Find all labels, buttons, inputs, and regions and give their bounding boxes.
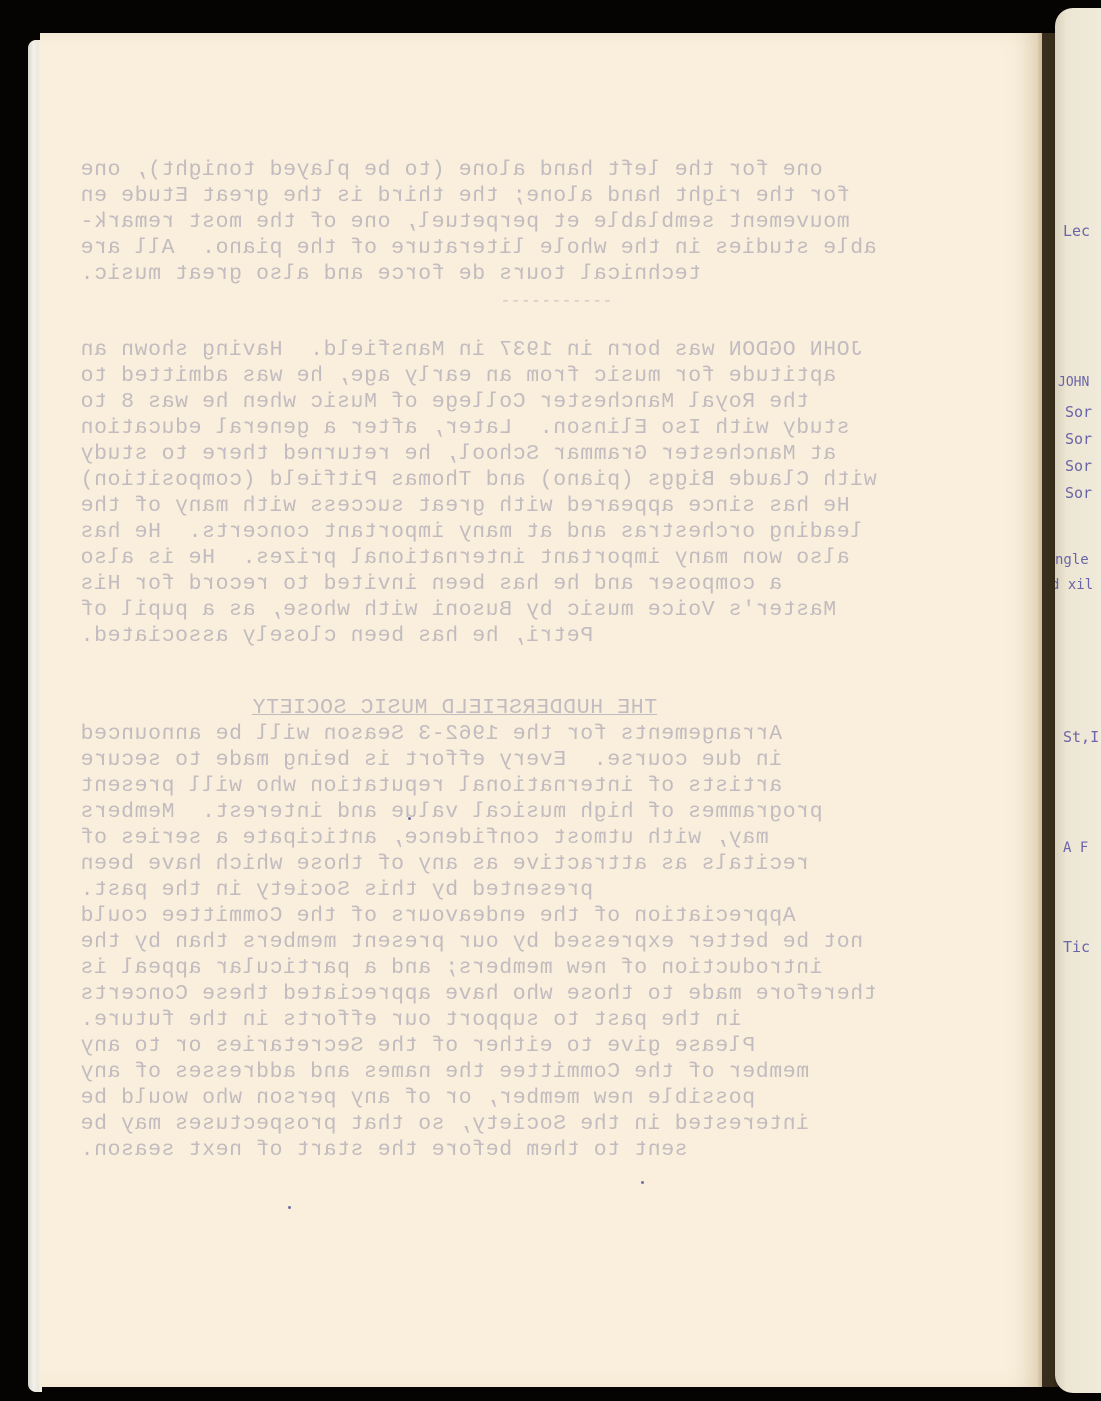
- section-heading: THE HUDDERSFIELD MUSIC SOCIETY: [252, 698, 657, 720]
- text-line: also won many important international pr…: [80, 548, 850, 570]
- text-line: may, with utmost confidence, anticipate …: [80, 828, 769, 850]
- fragment-text: JOHN: [1058, 375, 1089, 390]
- text-line: not be better expressed by our present m…: [80, 932, 863, 954]
- text-line: able studies in the whole literature of …: [80, 238, 877, 260]
- text-line: therefore made to those who have appreci…: [80, 984, 877, 1006]
- fragment-text: St,I: [1063, 728, 1099, 746]
- text-line: interested in the Society, so that prosp…: [80, 1114, 809, 1136]
- adjacent-page-edge: Lec JOHN Sor Sor Sor Sor ngle d xil St,I…: [1055, 8, 1101, 1393]
- separator: -----------: [500, 293, 612, 309]
- text-line: sent to them before the start of next se…: [80, 1140, 688, 1162]
- text-line: study with Iso Elinson. Later, after a g…: [80, 418, 850, 440]
- text-line: technical tours de force and also great …: [80, 264, 701, 286]
- text-line: Master's Voice music by Busoni with whos…: [80, 600, 836, 622]
- text-line: leading orchestras and at many important…: [80, 522, 863, 544]
- text-line: with Claude Biggs (piano) and Thomas Pit…: [80, 470, 877, 492]
- fragment-text: d xil: [1055, 577, 1093, 593]
- fragment-text: Sor: [1065, 430, 1092, 448]
- text-line: Arrangements for the 1962-3 Season will …: [80, 724, 823, 746]
- text-line: introduction of new members; and a parti…: [80, 958, 823, 980]
- text-line: Petri, he has been closely associated.: [80, 626, 593, 648]
- text-line: at Manchester Grammar School, he returne…: [80, 444, 836, 466]
- text-line: in the past to support our efforts in th…: [80, 1010, 742, 1032]
- fragment-text: A F: [1063, 840, 1088, 856]
- bleed-through-text: one for the left hand alone (to be playe…: [40, 33, 1042, 1387]
- fragment-text: Tic: [1063, 938, 1090, 956]
- text-line: possible new member, or of any person wh…: [80, 1088, 755, 1110]
- fragment-text: Lec: [1063, 222, 1090, 240]
- fragment-text: Sor: [1065, 457, 1092, 475]
- text-line: artists of international reputation who …: [80, 776, 782, 798]
- text-line: recitals as attractive as any of those w…: [80, 854, 809, 876]
- text-line: one for the left hand alone (to be playe…: [80, 160, 823, 182]
- ink-speck: [641, 1181, 644, 1184]
- fragment-text: Sor: [1065, 403, 1092, 421]
- text-line: in due course. Every effort is being mad…: [80, 750, 782, 772]
- document-page: one for the left hand alone (to be playe…: [40, 33, 1042, 1387]
- text-line: the Royal Manchester College of Music wh…: [80, 392, 809, 414]
- text-line: Please give to either of the Secretaries…: [80, 1036, 796, 1058]
- text-line: presented by this Society in the past.: [80, 880, 593, 902]
- ink-speck: [288, 1206, 291, 1209]
- fragment-text: Sor: [1065, 484, 1092, 502]
- text-line: for the right hand alone; the third is t…: [80, 186, 850, 208]
- text-line: a composer and he has been invited to re…: [80, 574, 782, 596]
- text-line: member of the Committee the names and ad…: [80, 1062, 809, 1084]
- text-line: Appreciation of the endeavours of the Co…: [80, 906, 836, 928]
- text-line: JOHN OGDON was born in 1937 in Mansfield…: [80, 340, 863, 362]
- text-line: programmes of high musical value and int…: [80, 802, 823, 824]
- fragment-text: ngle: [1055, 552, 1089, 568]
- text-line: He has since appeared with great success…: [80, 496, 850, 518]
- ink-speck: [408, 817, 411, 820]
- text-line: mouvement semblable et perpetuel, one of…: [80, 212, 850, 234]
- text-line: aptitude for music from an early age, he…: [80, 366, 836, 388]
